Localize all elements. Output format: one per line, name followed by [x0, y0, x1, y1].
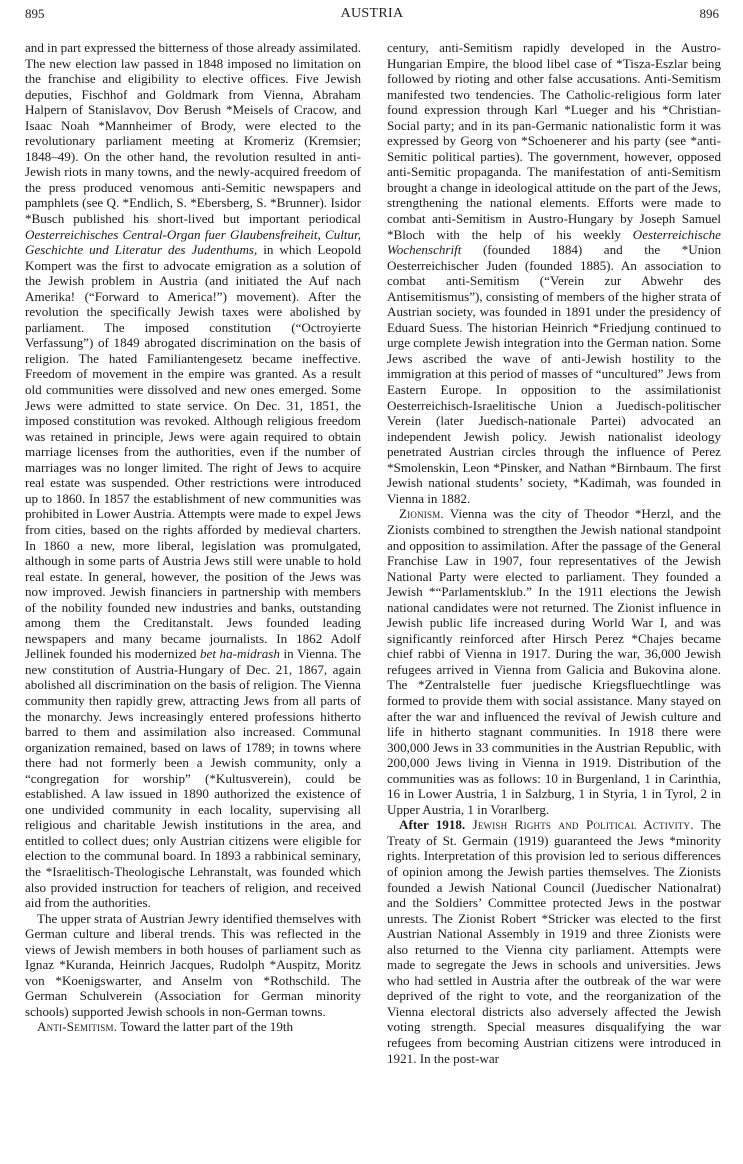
page-number-right: 896: [700, 6, 720, 22]
section-heading-anti-semitism: Anti-Semitism.: [37, 1019, 117, 1034]
left-column: and in part expressed the bitterness of …: [25, 40, 361, 1035]
section-heading-after-1918: After 1918.: [399, 817, 465, 832]
subsection-heading-jewish-rights: Jewish Rights and Political Activity.: [465, 817, 694, 832]
term-bet-ha-midrash: bet ha-midrash: [200, 646, 280, 661]
paragraph-anti-semitism-continued: century, anti-Semitism rapidly developed…: [387, 40, 721, 506]
running-title: AUSTRIA: [341, 6, 404, 22]
page-header: 895 AUSTRIA 896: [25, 6, 719, 22]
paragraph-anti-semitism-start: Anti-Semitism. Toward the latter part of…: [25, 1019, 361, 1035]
right-column: century, anti-Semitism rapidly developed…: [387, 40, 721, 1066]
section-heading-zionism: Zionism.: [399, 506, 444, 521]
paragraph-revolution-and-emancipation: and in part expressed the bitterness of …: [25, 40, 361, 911]
page-number-left: 895: [25, 6, 45, 22]
paragraph-after-1918: After 1918. Jewish Rights and Political …: [387, 817, 721, 1066]
paragraph-upper-strata: The upper strata of Austrian Jewry ident…: [25, 911, 361, 1020]
paragraph-zionism: Zionism. Vienna was the city of Theodor …: [387, 506, 721, 817]
